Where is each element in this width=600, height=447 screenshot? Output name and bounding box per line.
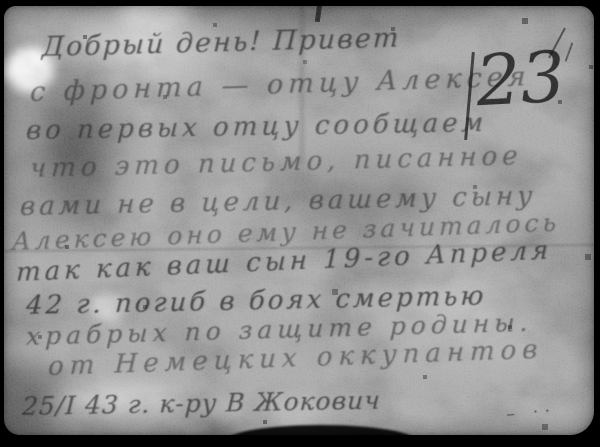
letter-line-3: во первых отцу сообщаем [25,108,488,146]
signature-flourish: – ·· [505,400,557,424]
paper-specks [4,6,6,8]
ink-stroke [565,42,574,61]
letter-line-4: что это письмо, писанное [29,141,523,184]
letter-line-2: с фронта — отцу Алексея [29,61,531,108]
ink-stroke [315,6,322,22]
paper-white-stain [118,6,192,30]
letter-paper: Добрый день! Привет с фронта — отцу Алек… [4,6,594,435]
letter-line-11: 25/I 43 г. к-ру В Жокович [21,386,381,421]
page-number-mark: 23 [474,42,567,117]
letter-line-1: Добрый день! Привет [41,23,401,63]
photograph-frame: Добрый день! Привет с фронта — отцу Алек… [0,0,600,447]
